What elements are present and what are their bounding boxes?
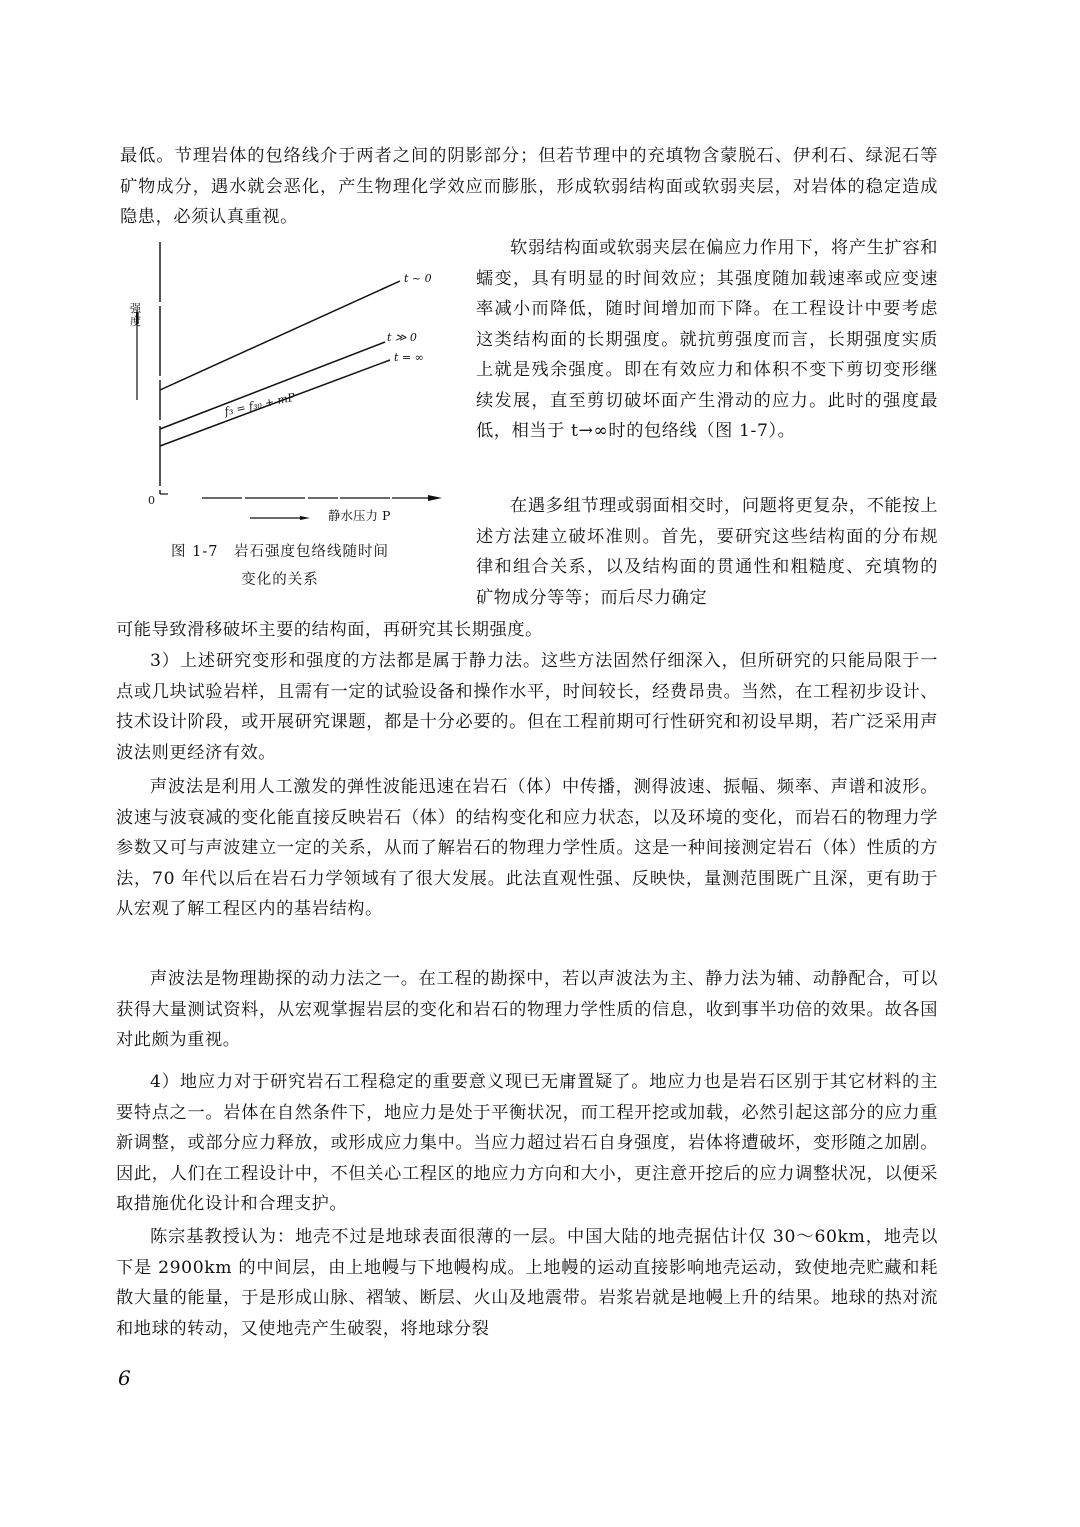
page-number: 6 [118, 1366, 131, 1390]
paragraph-4: 3）上述研究变形和强度的方法都是属于静力法。这些方法固然仔细深入，但所研究的只能… [116, 646, 938, 768]
paragraph-8: 陈宗基教授认为：地壳不过是地球表面很薄的一层。中国大陆的地壳据估计仅 30～60… [116, 1222, 938, 1344]
caption-line-2: 变化的关系 [160, 566, 400, 594]
curve-label-t0: t ~ 0 [404, 272, 432, 285]
figure-1-7: 强度 t ~ 0 t ≫ 0 t = ∞ f₃ = f₃₀ + mP 0 静水压… [128, 230, 458, 600]
paragraph-7: 4）地应力对于研究岩石工程稳定的重要意义现已无庸置疑了。地应力也是岩石区别于其它… [116, 1067, 938, 1220]
paragraph-3-continued: 可能导致滑移破坏主要的结构面，再研究其长期强度。 [116, 615, 938, 646]
y-axis-label: 强度 [130, 302, 142, 328]
origin-label: 0 [148, 494, 155, 507]
curve-label-tlarge: t ≫ 0 [387, 331, 417, 344]
book-page: 最低。节理岩体的包络线介于两者之间的阴影部分；但若节理中的充填物含蒙脱石、伊利石… [0, 0, 1080, 1527]
paragraph-6: 声波法是物理勘探的动力法之一。在工程的勘探中，若以声波法为主、静力法为辅、动静配… [116, 964, 938, 1056]
paragraph-3: 在遇多组节理或弱面相交时，问题将更复杂，不能按上述方法建立破坏准则。首先，要研究… [476, 491, 938, 613]
paragraph-2: 软弱结构面或软弱夹层在偏应力作用下，将产生扩容和蠕变，具有明显的时间效应；其强度… [476, 233, 938, 447]
figure-caption: 图 1-7 岩石强度包络线随时间 变化的关系 [160, 538, 400, 594]
x-axis-label: 静水压力 P [328, 506, 390, 524]
curve-label-tinf: t = ∞ [394, 351, 424, 364]
caption-line-1: 图 1-7 岩石强度包络线随时间 [160, 538, 400, 566]
paragraph-5: 声波法是利用人工激发的弹性波能迅速在岩石（体）中传播，测得波速、振幅、频率、声谱… [116, 772, 938, 925]
paragraph-1: 最低。节理岩体的包络线介于两者之间的阴影部分；但若节理中的充填物含蒙脱石、伊利石… [120, 141, 938, 233]
